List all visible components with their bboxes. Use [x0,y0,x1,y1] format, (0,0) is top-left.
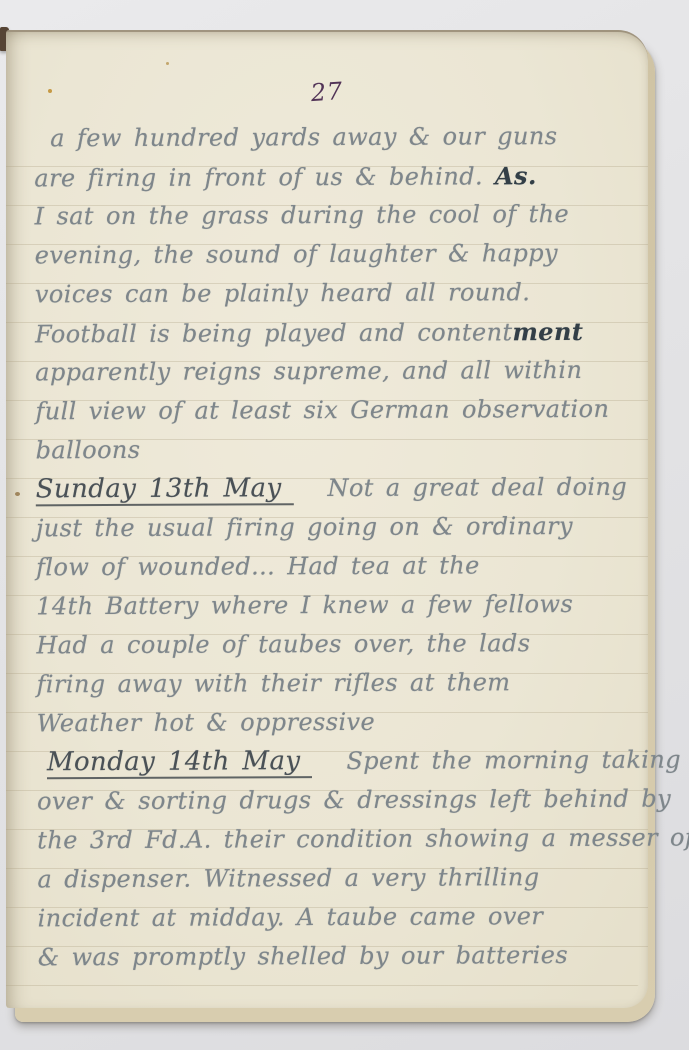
handwriting-line: & was promptly shelled by our batteries [38,936,644,978]
handwriting-line: voices can be plainly heard all round. [35,273,641,315]
handwriting-text: a dispenser. Witnessed a very thrilling [37,863,539,893]
handwriting-text: balloons [36,436,141,464]
handwriting-line: evening, the sound of laughter & happy [35,234,641,276]
handwriting-line: balloons [35,429,641,471]
overwritten-text: As. [495,161,537,190]
handwriting-text: incident at midday. A taube came over [38,902,544,932]
handwriting-text: the 3rd Fd.A. their condition showing a … [37,823,689,854]
photo-backdrop: 27 a few hundred yards away & our gunsar… [0,0,689,1050]
handwriting-line: Sunday 13th MayNot a great deal doing [36,468,642,510]
handwriting-line: flow of wounded... Had tea at the [36,546,642,588]
handwriting-line: Had a couple of taubes over, the lads [36,624,642,666]
handwriting-text: I sat on the grass during the cool of th… [34,200,569,230]
handwriting-text: Weather hot & oppressive [37,708,375,737]
page-number: 27 [310,77,344,107]
handwriting-line: Monday 14th MaySpent the morning taking [37,741,643,783]
handwriting-line: I sat on the grass during the cool of th… [34,195,640,237]
handwriting-text: 14th Battery where I knew a few fellows [36,590,573,620]
handwriting-text: voices can be plainly heard all round. [35,278,531,308]
handwriting-text: firing away with their rifles at them [37,668,511,698]
handwriting-text: over & sorting drugs & dressings left be… [37,785,671,816]
paper-speck [15,492,20,496]
paper-speck [166,62,169,65]
handwriting-line: 14th Battery where I knew a few fellows [36,585,642,627]
handwriting-text: Not a great deal doing [327,473,627,502]
diary-page: 27 a few hundred yards away & our gunsar… [6,30,648,1008]
handwriting-text: apparently reigns supreme, and all withi… [35,356,582,386]
handwriting-line: incident at midday. A taube came over [38,897,644,939]
handwriting-line: just the usual firing going on & ordinar… [36,507,642,549]
handwriting-text: are firing in front of us & behind. [34,162,495,192]
handwriting-block: a few hundred yards away & our gunsare f… [34,117,644,978]
handwriting-text: Football is being played and content [35,318,513,348]
handwriting-line: Football is being played and contentment [35,312,641,354]
entry-date-heading: Sunday 13th May [36,473,294,506]
handwriting-text: evening, the sound of laughter & happy [35,239,558,269]
handwriting-line: apparently reigns supreme, and all withi… [35,351,641,393]
handwriting-text: Had a couple of taubes over, the lads [36,629,530,659]
handwriting-text: flow of wounded... Had tea at the [36,551,480,581]
paper-speck [48,89,52,93]
handwriting-line: the 3rd Fd.A. their condition showing a … [37,819,643,861]
handwriting-text: a few hundred yards away & our guns [50,122,557,152]
overwritten-text: ment [512,317,583,346]
handwriting-text: Spent the morning taking [346,746,681,775]
handwriting-text: full view of at least six German observa… [35,395,609,426]
entry-date-heading: Monday 14th May [47,746,313,779]
handwriting-line: a few hundred yards away & our guns [34,117,640,159]
handwriting-text: & was promptly shelled by our batteries [38,941,568,971]
handwriting-line: over & sorting drugs & dressings left be… [37,780,643,822]
handwriting-line: Weather hot & oppressive [37,702,643,744]
handwriting-line: a dispenser. Witnessed a very thrilling [37,858,643,900]
handwriting-line: full view of at least six German observa… [35,390,641,432]
handwriting-text: just the usual firing going on & ordinar… [36,512,573,542]
handwriting-line: are firing in front of us & behind. As. [34,156,640,198]
handwriting-line: firing away with their rifles at them [37,663,643,705]
